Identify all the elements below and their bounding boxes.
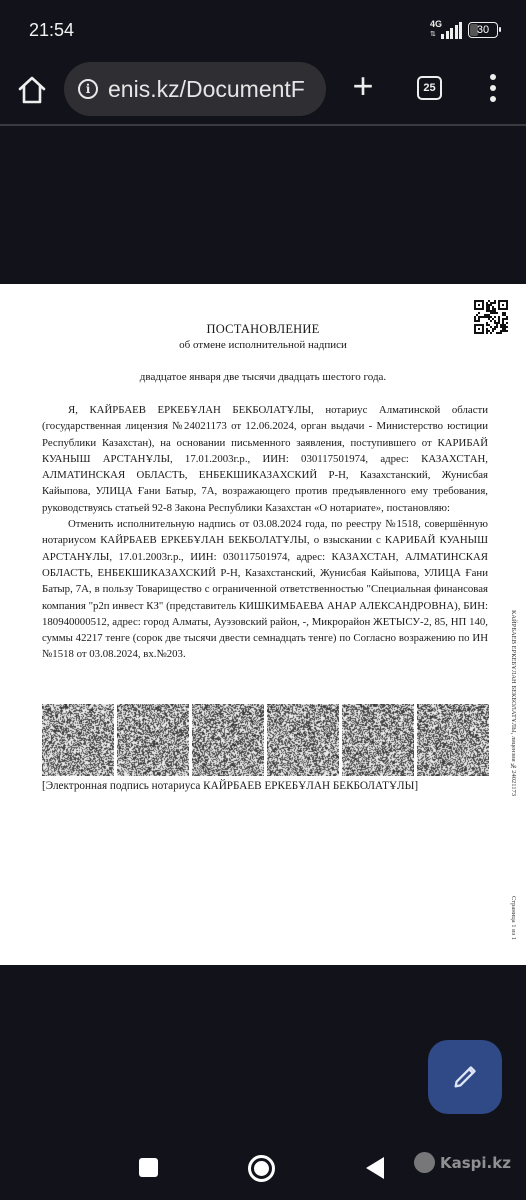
back-button[interactable]: [366, 1157, 384, 1179]
tab-switcher-button[interactable]: 25: [417, 76, 442, 100]
address-bar[interactable]: i enis.kz/DocumentF: [64, 62, 326, 116]
battery-icon: 30: [468, 22, 498, 38]
signature-block: [42, 704, 114, 776]
status-icons: 4G ⇅ 30: [430, 21, 498, 39]
kaspi-logo-icon: [414, 1152, 435, 1173]
document-body: Я, КАЙРБАЕВ ЕРКЕБҰЛАН БЕКБОЛАТҰЛЫ, нотар…: [42, 402, 488, 663]
signature-block: [267, 704, 339, 776]
url-text[interactable]: enis.kz/DocumentF: [108, 76, 305, 103]
info-icon[interactable]: i: [78, 79, 98, 99]
edit-fab-button[interactable]: [428, 1040, 502, 1114]
pencil-icon: [451, 1063, 479, 1091]
signature-caption: [Электронная подпись нотариуса КАЙРБАЕВ …: [42, 780, 418, 792]
signature-block: [417, 704, 489, 776]
paragraph-preamble: Я, КАЙРБАЕВ ЕРКЕБҰЛАН БЕКБОЛАТҰЛЫ, нотар…: [42, 402, 488, 516]
side-notary-text: КАЙРБАЕВ ЕРКЕБҰЛАН БЕКБОЛАТҰЛЫ, лицензия…: [510, 610, 517, 796]
plus-icon: +: [352, 65, 373, 106]
side-page-number: Страница 1 из 1: [510, 896, 517, 940]
status-bar: 21:54 4G ⇅ 30: [0, 0, 526, 60]
signal-bars: [441, 22, 462, 39]
document-subtitle: об отмене исполнительной надписи: [0, 339, 526, 351]
browser-toolbar: i enis.kz/DocumentF + 25: [0, 60, 526, 126]
signal-icon: 4G ⇅: [430, 21, 462, 39]
more-menu-button[interactable]: [486, 74, 500, 102]
home-icon: [16, 74, 48, 106]
data-arrows-icon: ⇅: [430, 30, 436, 38]
signature-block: [192, 704, 264, 776]
document-page: ПОСТАНОВЛЕНИЕ об отмене исполнительной н…: [0, 284, 526, 965]
more-vertical-icon: [490, 74, 496, 80]
tab-count: 25: [423, 82, 435, 94]
watermark-text: Kaspi.kz: [440, 1154, 511, 1172]
home-button[interactable]: [16, 74, 48, 106]
signature-block: [117, 704, 189, 776]
home-nav-button[interactable]: [248, 1155, 275, 1182]
status-time: 21:54: [29, 20, 74, 41]
document-date: двадцатое января две тысячи двадцать шес…: [0, 371, 526, 383]
digital-signature-blocks: [42, 704, 488, 776]
paragraph-resolution: Отменить исполнительную надпись от 03.08…: [42, 516, 488, 663]
document-title: ПОСТАНОВЛЕНИЕ: [0, 322, 526, 337]
signature-block: [342, 704, 414, 776]
battery-level: 30: [477, 24, 489, 36]
recents-button[interactable]: [139, 1158, 158, 1177]
new-tab-button[interactable]: +: [346, 70, 380, 104]
kaspi-watermark: Kaspi.kz: [414, 1152, 511, 1173]
